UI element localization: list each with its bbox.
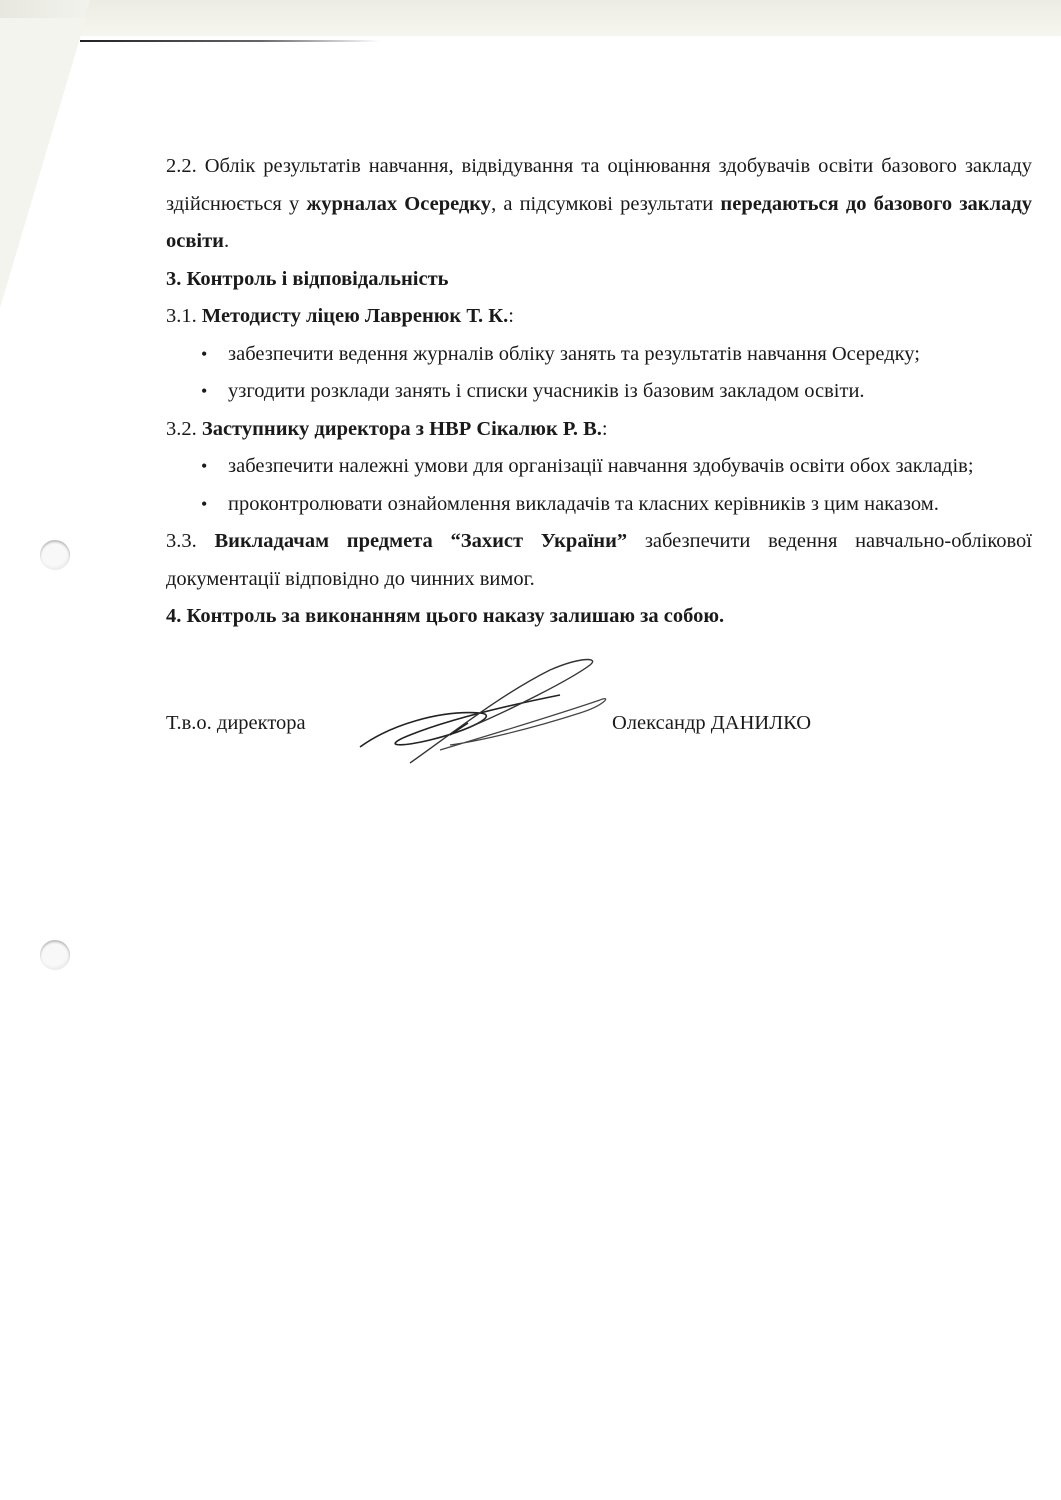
item-3-1-bullets: забезпечити ведення журналів обліку заня… [166,336,1032,411]
paragraph-2-2: 2.2. Облік результатів навчання, відвіду… [166,148,1032,261]
section-4-heading: 4. Контроль за виконанням цього наказу з… [166,598,1032,636]
scan-edge [0,0,1061,36]
signature-row: Т.в.о. директора Олександр ДАНИЛКО [166,705,866,745]
item-3-2-bullets: забезпечити належні умови для організаці… [166,448,1032,523]
scan-shadow-line [80,40,380,42]
section-3-heading: 3. Контроль і відповідальність [166,261,1032,299]
punch-hole-bottom [40,940,70,970]
item-3-1: 3.1. Методисту ліцею Лавренюк Т. К.: [166,298,1032,336]
document-body: 2.2. Облік результатів навчання, відвіду… [166,148,1032,636]
punch-hole-top [40,540,70,570]
signatory-name: Олександр ДАНИЛКО [612,705,811,743]
list-item: проконтролювати ознайомлення викладачів … [228,486,1032,524]
list-item: забезпечити належні умови для організаці… [228,448,1032,486]
folded-corner-inner [0,18,86,308]
signatory-title: Т.в.о. директора [166,705,306,743]
list-item: забезпечити ведення журналів обліку заня… [228,336,1032,374]
item-3-2: 3.2. Заступнику директора з НВР Сікалюк … [166,411,1032,449]
list-item: узгодити розклади занять і списки учасни… [228,373,1032,411]
bold-journals: журналах Осередку [306,193,491,215]
item-3-3: 3.3. Викладачам предмета “Захист України… [166,523,1032,598]
